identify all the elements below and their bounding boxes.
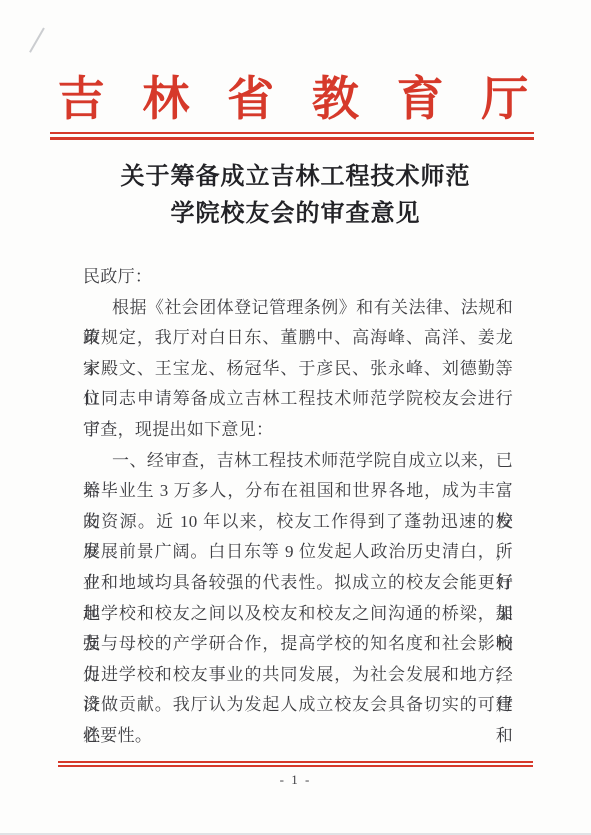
body-line: 起学校和校友之间以及校友和校友之间沟通的桥梁，加强校 [83,599,513,630]
body-line: 友与母校的产学研合作，提高学校的知名度和社会影响力， [83,629,513,660]
body-line: 发展前景广阔。白日东等 9 位发起人政治历史清白，所在行 [83,537,513,568]
document-body: 民政厅： 根据《社会团体登记管理条例》和有关法律、法规和政 策规定，我厅对白日东… [83,262,513,752]
scan-pen-mark [29,28,44,53]
scanned-document-page: 吉 林 省 教 育 厅 关于筹备成立吉林工程技术师范 学院校友会的审查意见 民政… [0,0,591,835]
body-line: 民政厅： [83,262,513,293]
body-line: 策规定，我厅对白日东、董鹏中、高海峰、高洋、姜龙家、 [83,323,513,354]
footer-double-rule [58,761,533,767]
document-title-line1: 关于筹备成立吉林工程技术师范 [0,159,591,196]
body-line: 业和地域均具备较强的代表性。拟成立的校友会能更好地架 [83,568,513,599]
body-line: 审查，现提出如下意见： [83,415,513,446]
letterhead-double-rule [50,132,534,140]
body-line: 根据《社会团体登记管理条例》和有关法律、法规和政 [83,293,513,324]
page-number: - 1 - [0,772,591,788]
body-line: 宋殿文、王宝龙、杨冠华、于彦民、张永峰、刘德勤等 11 [83,354,513,385]
body-line: 友资源。近 10 年以来，校友工作得到了蓬勃迅速的发展， [83,507,513,538]
body-line: 位同志申请筹备成立吉林工程技术师范学院校友会进行了 [83,384,513,415]
letterhead-agency-name: 吉 林 省 教 育 厅 [0,62,591,129]
body-line: 养毕业生 3 万多人，分布在祖国和世界各地，成为丰富的校 [83,476,513,507]
document-title: 关于筹备成立吉林工程技术师范 学院校友会的审查意见 [0,159,591,233]
body-line: 一、经审查，吉林工程技术师范学院自成立以来，已培 [83,446,513,477]
document-title-line2: 学院校友会的审查意见 [0,196,591,233]
body-line: 促进学校和校友事业的共同发展，为社会发展和地方经济建 [83,660,513,691]
body-line: 设做贡献。我厅认为发起人成立校友会具备切实的可行性和 [83,690,513,721]
